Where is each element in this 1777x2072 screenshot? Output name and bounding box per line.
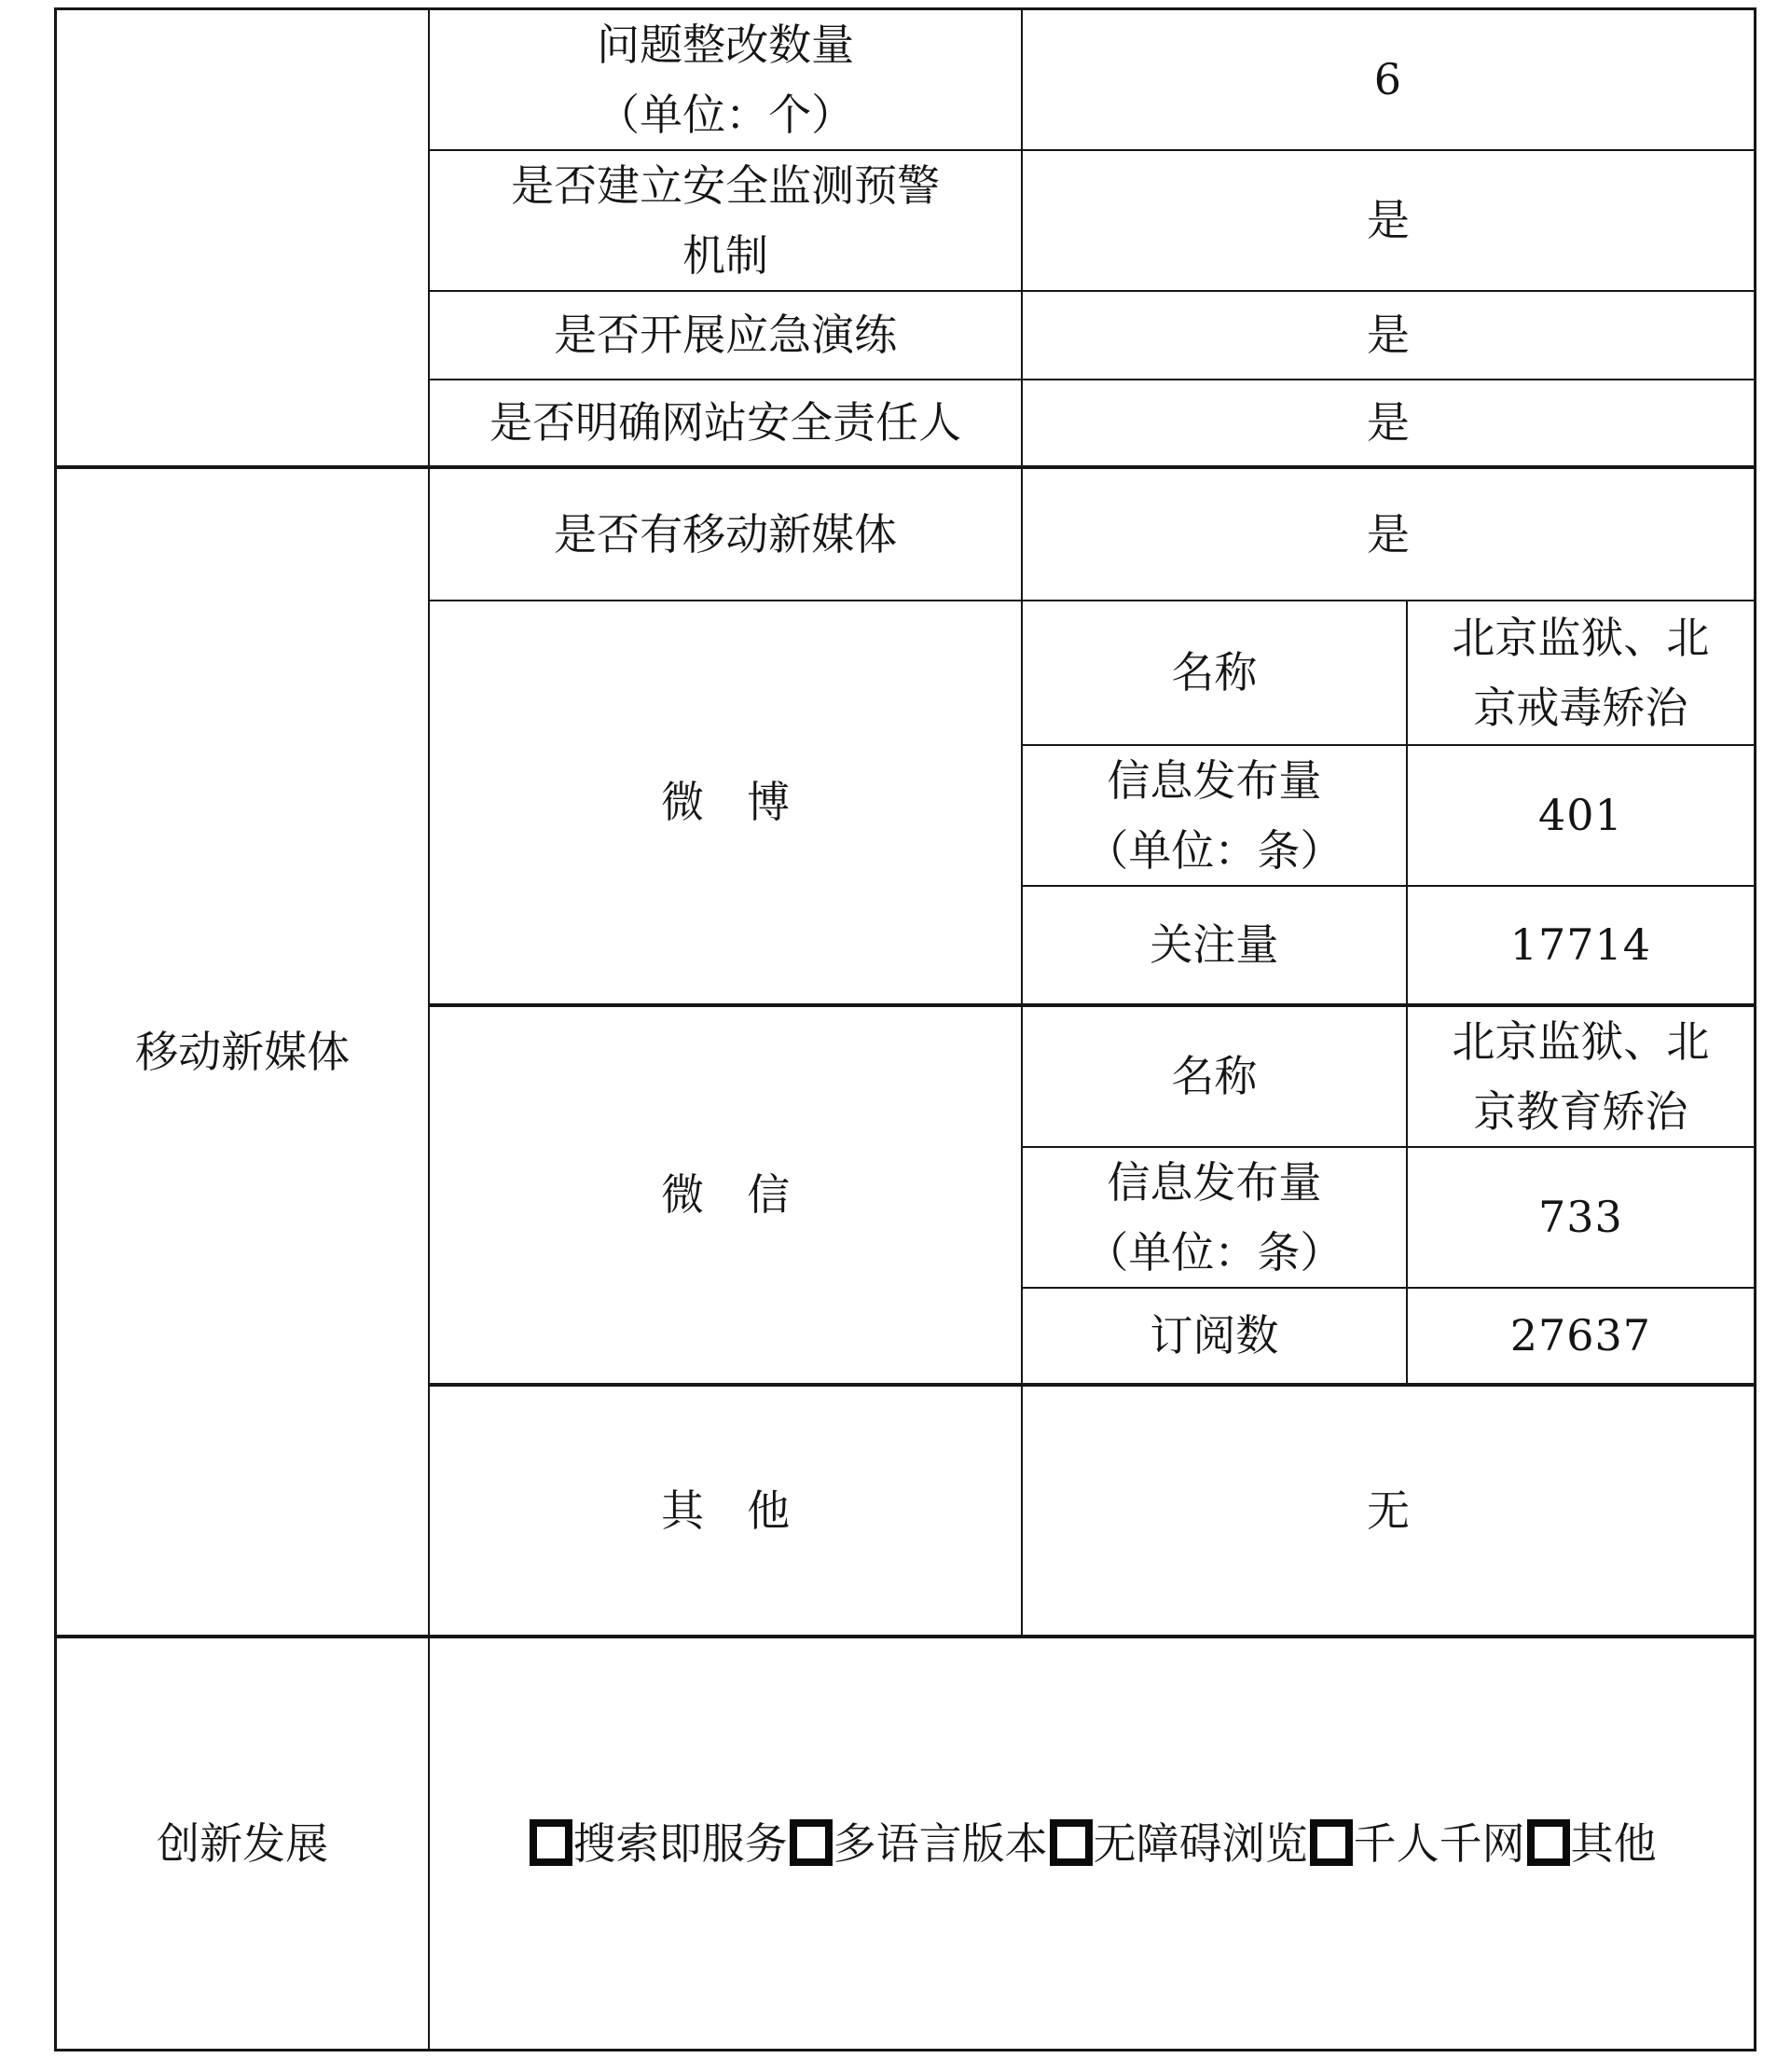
label-security-officer: 是否明确网站安全责任人	[429, 380, 1022, 467]
label-emergency-drill: 是否开展应急演练	[429, 291, 1022, 380]
label-monitor-mechanism: 是否建立安全监测预警 机制	[429, 150, 1022, 291]
option-label-personalized-web: 千人千网	[1354, 1818, 1525, 1869]
checkbox-personalized-web[interactable]	[1310, 1819, 1353, 1866]
group-label-wechat: 微 信	[429, 1005, 1022, 1385]
label-has-mobile-media: 是否有移动新媒体	[429, 467, 1022, 601]
label-other-media: 其 他	[429, 1385, 1022, 1637]
label-rectification-count: 问题整改数量 （单位：个）	[429, 9, 1022, 151]
value-rectification-count: 6	[1022, 9, 1756, 151]
value-weibo-followers: 17714	[1407, 886, 1756, 1005]
value-emergency-drill: 是	[1022, 291, 1756, 380]
section-label-innovation: 创新发展	[56, 1637, 430, 2050]
value-weibo-name: 北京监狱、北 京戒毒矫治	[1407, 601, 1756, 745]
report-sheet: 问题整改数量 （单位：个） 6 是否建立安全监测预警 机制 是 是否开展应急演练…	[54, 7, 1756, 2051]
value-wechat-posts: 733	[1407, 1147, 1756, 1288]
option-label-other-innovation: 其他	[1571, 1818, 1657, 1869]
label-wechat-posts: 信息发布量 （单位：条）	[1022, 1147, 1407, 1288]
label-wechat-name: 名称	[1022, 1005, 1407, 1147]
annual-report-table: 问题整改数量 （单位：个） 6 是否建立安全监测预警 机制 是 是否开展应急演练…	[54, 7, 1756, 2051]
section-label-mobile-new-media: 移动新媒体	[56, 467, 430, 1637]
option-label-accessible-browsing: 无障碍浏览	[1094, 1818, 1308, 1869]
label-weibo-name: 名称	[1022, 601, 1407, 745]
checkbox-other-innovation[interactable]	[1527, 1819, 1570, 1866]
cropped-section-cell	[56, 9, 430, 468]
label-weibo-followers: 关注量	[1022, 886, 1407, 1005]
label-wechat-subscribers: 订阅数	[1022, 1288, 1407, 1385]
option-label-search-as-service: 搜索即服务	[573, 1818, 788, 1869]
value-other-media: 无	[1022, 1385, 1756, 1637]
option-label-multilingual-version: 多语言版本	[833, 1818, 1048, 1869]
checkbox-accessible-browsing[interactable]	[1050, 1819, 1093, 1866]
value-security-officer: 是	[1022, 380, 1756, 467]
innovation-options-cell: 搜索即服务多语言版本无障碍浏览千人千网其他	[429, 1637, 1755, 2050]
label-weibo-posts: 信息发布量 （单位：条）	[1022, 745, 1407, 886]
group-label-weibo: 微 博	[429, 601, 1022, 1005]
checkbox-search-as-service[interactable]	[530, 1819, 572, 1866]
value-weibo-posts: 401	[1407, 745, 1756, 886]
checkbox-multilingual-version[interactable]	[790, 1819, 833, 1866]
value-monitor-mechanism: 是	[1022, 150, 1756, 291]
value-has-mobile-media: 是	[1022, 467, 1756, 601]
value-wechat-name: 北京监狱、北 京教育矫治	[1407, 1005, 1756, 1147]
value-wechat-subscribers: 27637	[1407, 1288, 1756, 1385]
